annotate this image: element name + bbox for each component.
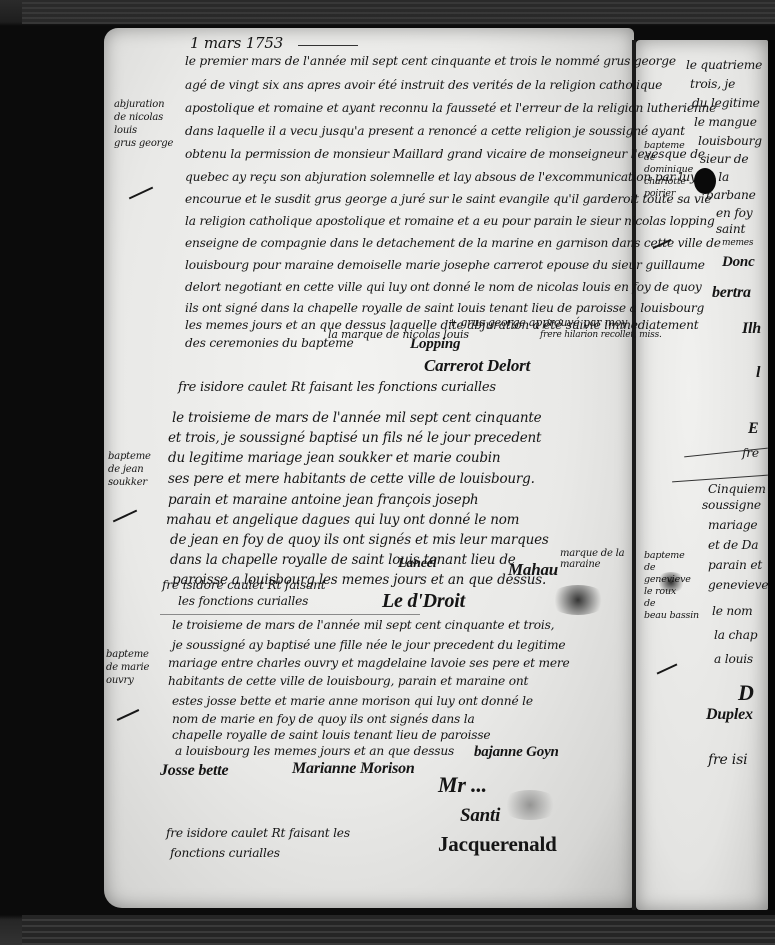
signature-mahau: Mahau [508, 560, 558, 580]
entry-line: louisbourg pour maraine demoiselle marie… [185, 258, 705, 272]
entry-line: le troisieme de mars de l'année mil sept… [172, 410, 541, 426]
fragment: memes [722, 238, 753, 248]
margin-note-abjuration: abjuration de nicolas louis grus george [114, 98, 182, 150]
fragment: barbane [706, 188, 756, 202]
entry-line: de jean en foy de quoy ils ont signés et… [170, 532, 549, 548]
officiant-line: fonctions curialles [170, 846, 280, 860]
fragment: le nom [712, 604, 753, 618]
fragment: parain et [708, 558, 762, 572]
officiant-line: fre isidore caulet Rt faisant les foncti… [178, 380, 496, 395]
fragment: Donc [722, 254, 755, 271]
fragment: mariage [708, 518, 757, 532]
signature-bajanne-goyn: bajanne Goyn [474, 744, 559, 761]
officiant-line: les fonctions curialles [178, 594, 308, 608]
fragment: E [748, 420, 758, 438]
signature-mr: Mr ... [438, 772, 487, 798]
signature-carrerot-delort: Carrerot Delort [424, 356, 530, 376]
officiant-line: fre isidore caulet Rt faisant [162, 578, 325, 592]
fragment: soussigne [702, 498, 761, 512]
fragment: trois, je [690, 77, 735, 91]
fragment: et de Da [708, 538, 758, 552]
fragment: Duplex [706, 706, 753, 724]
fragment: l [756, 364, 760, 382]
ink-smudge [548, 585, 608, 615]
entry-line: a louisbourg les memes jours et an que d… [175, 744, 454, 758]
entry-line: apostolique et romaine et ayant reconnu … [185, 101, 716, 115]
entry-line: mariage entre charles ouvry et magdelain… [168, 656, 570, 670]
page-header-date: 1 mars 1753 [190, 34, 283, 52]
entry-line: ils ont signé dans la chapelle royalle d… [185, 301, 704, 315]
signature-lopping: Lopping [410, 336, 460, 353]
entry-line: encourue et le susdit grus george a juré… [185, 192, 711, 206]
entry-line: agé de vingt six ans apres avoir été ins… [185, 78, 662, 92]
signature-mark-note: + grus george approuvé par moy [448, 316, 627, 329]
fragment: louisbourg [698, 134, 762, 148]
signature-mark-maraine: marque de la maraine [560, 548, 630, 570]
margin-note-bapteme-charlotte-poirier: bapteme de dominique charlotte poirier [644, 140, 694, 200]
entry-line: parain et maraine antoine jean françois … [168, 492, 478, 508]
fragment: Cinquiem [708, 482, 766, 496]
fragment: a louis [714, 652, 753, 666]
entry-line: nom de marie en foy de quoy ils ont sign… [172, 712, 475, 726]
scan-right-edge [768, 40, 775, 910]
fragment: le mangue [694, 115, 757, 129]
signature-josse-bette: Josse bette [160, 762, 228, 780]
entry-line: la religion catholique apostolique et ro… [185, 214, 715, 228]
signature-le-droit: Le d'Droit [382, 590, 465, 613]
signature-santi: Santi [460, 805, 500, 827]
entry-line: et trois, je soussigné baptisé un fils n… [168, 430, 541, 446]
fragment: sieur de [700, 152, 748, 166]
entry-line: le troisieme de mars de l'année mil sept… [172, 618, 554, 632]
officiant-line: fre isidore caulet Rt faisant les [166, 826, 350, 840]
entry-line: estes josse bette et marie anne morison … [172, 694, 533, 708]
ink-smudge [500, 790, 560, 820]
entry-line: du legitime mariage jean soukker et mari… [168, 450, 500, 466]
entry-line: dans laquelle il a vecu jusqu'a present … [185, 124, 685, 138]
entry-line: quebec ay reçu son abjuration solemnelle… [185, 170, 697, 184]
entry-line: obtenu la permission de monsieur Maillar… [185, 147, 705, 161]
entry-line: ses pere et mere habitants de cette vill… [168, 471, 535, 487]
fragment: genevieve [708, 578, 768, 592]
signature-jacquerenald: Jacquerenald [438, 832, 557, 857]
ink-blot [694, 168, 716, 194]
entry-line: habitants de cette ville de louisbourg, … [168, 674, 528, 688]
fragment: saint [716, 222, 745, 236]
entry-separator [160, 614, 420, 615]
fragment: D [738, 680, 754, 706]
entry-line: enseigne de compagnie dans le detachemen… [185, 236, 721, 250]
entry-line: je soussigné ay baptisé une fille née le… [172, 638, 565, 652]
entry-line: mahau et angelique dagues qui luy ont do… [166, 512, 519, 528]
header-flourish [298, 45, 358, 46]
fragment: le quatrieme [686, 58, 762, 72]
fragment: du legitime [692, 96, 760, 110]
entry-line: delort negotiant en cette ville qui luy … [185, 280, 702, 294]
entry-line: chapelle royalle de saint louis tenant l… [172, 728, 490, 742]
scanner-edge-top [22, 0, 775, 24]
signature-officiant-note: frere hilarion recollet, miss. [540, 330, 662, 340]
signature-laneel: Laneél [398, 556, 436, 572]
fragment: bertra [712, 284, 751, 302]
fragment: fre isi [708, 752, 747, 768]
signature-marianne-morison: Marianne Morison [292, 760, 415, 778]
fragment: en foy [716, 206, 752, 220]
fragment: Ilh [742, 320, 761, 338]
scanner-edge-bottom [22, 915, 775, 945]
entry-line: dans la chapelle royalle de saint louis … [170, 552, 516, 568]
entry-line: le premier mars de l'année mil sept cent… [185, 54, 676, 68]
ink-smudge [656, 572, 686, 592]
fragment: la chap [714, 628, 757, 642]
